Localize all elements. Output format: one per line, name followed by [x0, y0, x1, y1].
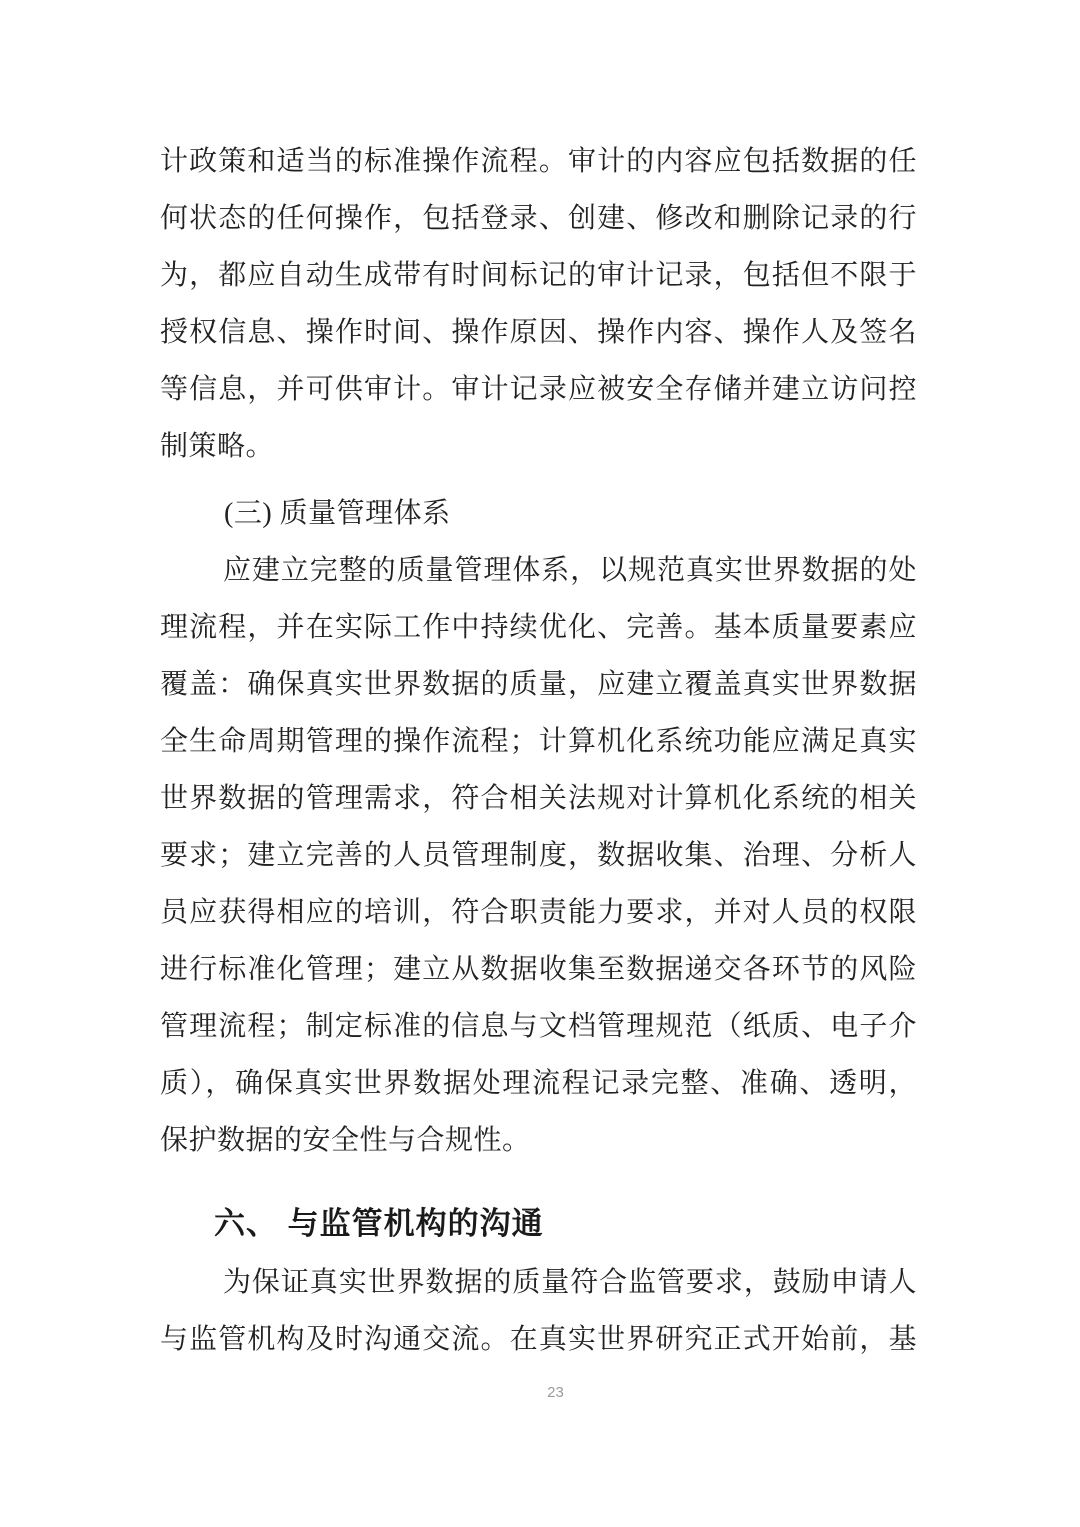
- body-line: 质），确保真实世界数据处理流程记录完整、准确、透明，: [160, 1055, 917, 1112]
- body-line: 要求；建立完善的人员管理制度，数据收集、治理、分析人: [160, 827, 917, 884]
- body-line: 员应获得相应的培训，符合职责能力要求，并对人员的权限: [160, 884, 917, 941]
- subsection-heading: (三) 质量管理体系: [160, 485, 917, 542]
- paragraph-last-line: 制策略。: [160, 418, 917, 475]
- body-line: 世界数据的管理需求，符合相关法规对计算机化系统的相关: [160, 770, 917, 827]
- body-line: 覆盖：确保真实世界数据的质量，应建立覆盖真实世界数据: [160, 656, 917, 713]
- body-line: 全生命周期管理的操作流程；计算机化系统功能应满足真实: [160, 713, 917, 770]
- page-number: 23: [160, 1384, 917, 1402]
- body-line: 等信息，并可供审计。审计记录应被安全存储并建立访问控: [160, 361, 917, 418]
- body-line: 何状态的任何操作，包括登录、创建、修改和删除记录的行: [160, 190, 917, 247]
- section-heading: 六、 与监管机构的沟通: [160, 1194, 917, 1254]
- body-line: 进行标准化管理；建立从数据收集至数据递交各环节的风险: [160, 941, 917, 998]
- paragraph-last-line: 保护数据的安全性与合规性。: [160, 1112, 917, 1169]
- body-line: 授权信息、操作时间、操作原因、操作内容、操作人及签名: [160, 304, 917, 361]
- body-line: 理流程，并在实际工作中持续优化、完善。基本质量要素应: [160, 599, 917, 656]
- paragraph-first-line: 应建立完整的质量管理体系，以规范真实世界数据的处: [160, 542, 917, 599]
- body-line: 与监管机构及时沟通交流。在真实世界研究正式开始前，基: [160, 1311, 917, 1368]
- body-line: 计政策和适当的标准操作流程。审计的内容应包括数据的任: [160, 133, 917, 190]
- text-column: 计政策和适当的标准操作流程。审计的内容应包括数据的任 何状态的任何操作，包括登录…: [160, 133, 917, 1402]
- paragraph-first-line: 为保证真实世界数据的质量符合监管要求，鼓励申请人: [160, 1254, 917, 1311]
- body-line: 为，都应自动生成带有时间标记的审计记录，包括但不限于: [160, 247, 917, 304]
- document-page: 计政策和适当的标准操作流程。审计的内容应包括数据的任 何状态的任何操作，包括登录…: [0, 0, 1080, 1527]
- body-line: 管理流程；制定标准的信息与文档管理规范（纸质、电子介: [160, 998, 917, 1055]
